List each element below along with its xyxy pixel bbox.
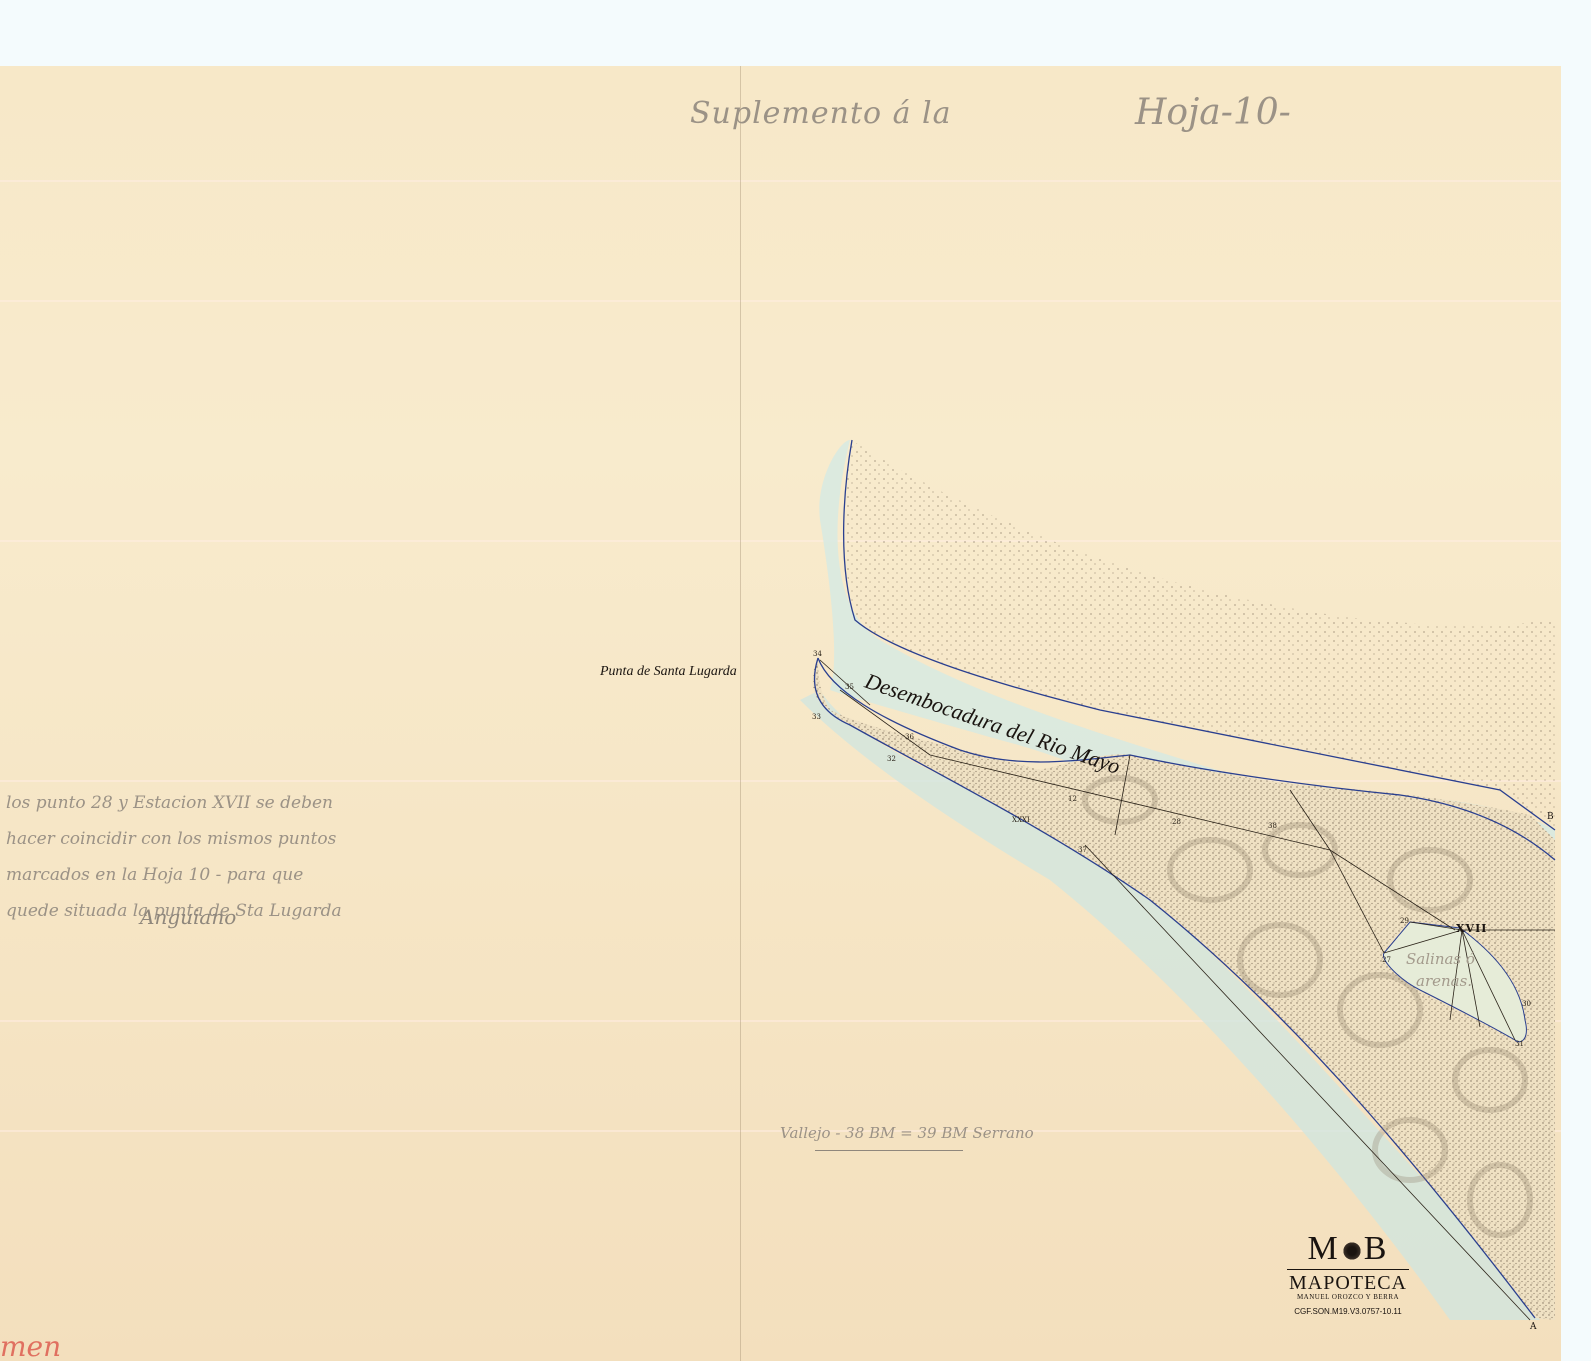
sheet-reference: Hoja-10- — [1135, 92, 1291, 133]
survey-point: 35 — [845, 683, 854, 691]
corner-mark-a: A — [1530, 1322, 1537, 1332]
corner-mark-b: B — [1547, 812, 1554, 822]
survey-point: 37 — [1078, 846, 1087, 854]
punta-santa-lugarda-label: Punta de Santa Lugarda — [600, 664, 737, 680]
mapoteca-logo: MB MAPOTECA MANUEL OROZCO Y BERRA CGF.SO… — [1283, 1232, 1413, 1316]
scale-note: Vallejo - 38 BM = 39 BM Serrano — [780, 1124, 1034, 1142]
survey-point: 29 — [1400, 917, 1409, 925]
survey-point: 27 — [1382, 956, 1391, 964]
logo-divider — [1287, 1269, 1409, 1270]
survey-point: 30 — [1522, 1000, 1531, 1008]
survey-point: 28 — [1172, 818, 1181, 826]
survey-point: 12 — [1068, 795, 1077, 803]
survey-point: XXXI — [1012, 816, 1030, 824]
compass-rose-icon — [1342, 1241, 1362, 1261]
survey-point: 31 — [1515, 1040, 1524, 1048]
salt-flat-label: Salinas ó arenas. — [1406, 948, 1475, 992]
scale-underline — [815, 1150, 963, 1151]
station-xvii-label: XVII — [1456, 922, 1487, 935]
survey-point: 33 — [812, 713, 821, 721]
coastline-drawing — [0, 0, 1591, 1361]
supplement-note: Suplemento á la — [690, 96, 952, 131]
catalog-code: CGF.SON.M19.V3.0757-10.11 — [1283, 1307, 1413, 1316]
survey-point: 32 — [887, 755, 896, 763]
survey-point: 34 — [813, 650, 822, 658]
survey-point: 36 — [905, 733, 914, 741]
signature: Anguiano — [140, 905, 236, 929]
red-pencil-mark: men — [0, 1330, 61, 1361]
survey-point: 38 — [1268, 822, 1277, 830]
